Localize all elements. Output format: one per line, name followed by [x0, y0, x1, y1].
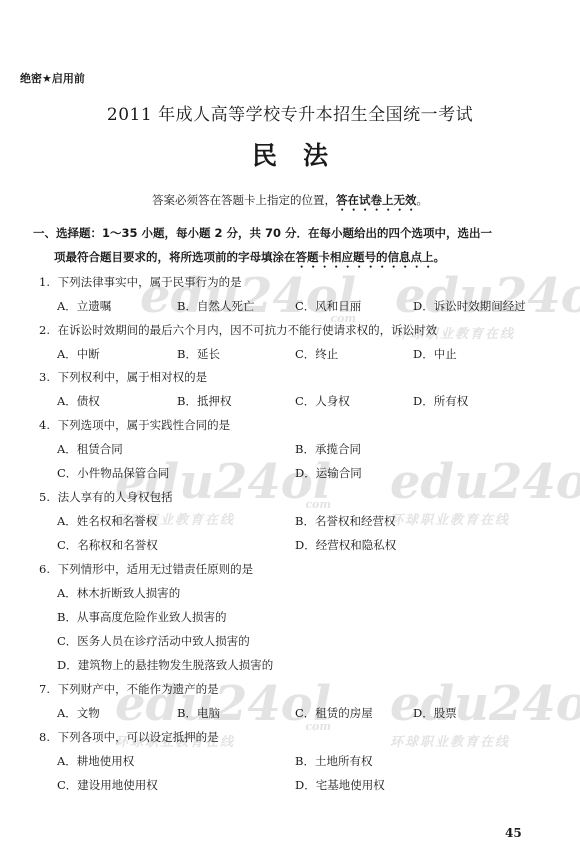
option-4a: A．租赁合同	[57, 441, 123, 457]
question-2: 2. 在诉讼时效期间的最后六个月内，因不可抗力不能行使请求权的，诉讼时效	[39, 322, 437, 338]
option-5d: D．经营权和隐私权	[295, 537, 396, 553]
watermark-text: edu24ol	[390, 454, 580, 510]
option-3b: B．抵押权	[177, 393, 231, 409]
question-number: 7.	[39, 682, 54, 696]
option-6c: C．医务人员在诊疗活动中致人损害的	[57, 633, 250, 649]
instruction-punct: 。	[434, 250, 446, 264]
question-number: 6.	[39, 562, 54, 576]
watermark-text: edu24ol	[390, 676, 580, 732]
section-instruction-line2: 项最符合题目要求的，将所选项前的字母填涂在答题卡相应题号的信息点上。	[54, 249, 445, 271]
question-4: 4. 下列选项中，属于实践性合同的是	[39, 417, 230, 433]
question-1: 1. 下列法律事实中，属于民事行为的是	[39, 274, 242, 290]
question-stem: 下列权利中，属于相对权的是	[58, 370, 208, 384]
option-6d: D．建筑物上的悬挂物发生脱落致人损害的	[57, 657, 273, 673]
section-instruction-line1: 一、选择题：1～35 小题，每小题 2 分，共 70 分．在每小题给出的四个选项…	[33, 225, 492, 241]
option-7b: B．电脑	[177, 705, 220, 721]
watermark-domain: com	[390, 720, 580, 733]
question-stem: 下列法律事实中，属于民事行为的是	[58, 275, 242, 289]
option-8d: D．宅基地使用权	[295, 777, 385, 793]
option-1d: D．诉讼时效期间经过	[413, 298, 526, 314]
subject-title: 民法	[0, 136, 580, 172]
option-5a: A．姓名权和名誉权	[57, 513, 157, 529]
watermark-slogan: 环球职业教育在线	[390, 731, 580, 750]
watermark-slogan: 环球职业教育在线	[390, 509, 580, 528]
notice-text: 答案必须答在答题卡上指定的位置，	[152, 193, 336, 207]
option-2c: C．终止	[295, 346, 338, 362]
question-number: 8.	[39, 730, 54, 744]
notice-punct: 。	[417, 193, 429, 207]
option-8a: A．耕地使用权	[57, 753, 134, 769]
option-5b: B．名誉权和经营权	[295, 513, 395, 529]
question-3: 3. 下列权利中，属于相对权的是	[39, 369, 207, 385]
exam-title: 2011 年成人高等学校专升本招生全国统一考试	[0, 100, 580, 125]
question-number: 3.	[39, 370, 54, 384]
watermark-logo: edu24ol com 环球职业教育在线	[390, 458, 580, 528]
option-3d: D．所有权	[413, 393, 468, 409]
question-stem: 下列选项中，属于实践性合同的是	[58, 418, 231, 432]
option-8b: B．土地所有权	[295, 753, 372, 769]
question-6: 6. 下列情形中，适用无过错责任原则的是	[39, 561, 253, 577]
question-stem: 下列各项中，可以设定抵押的是	[58, 730, 219, 744]
option-4c: C．小件物品保管合同	[57, 465, 169, 481]
question-number: 1.	[39, 275, 54, 289]
page-number: 45	[505, 826, 522, 840]
question-stem: 在诉讼时效期间的最后六个月内，因不可抗力不能行使请求权的，诉讼时效	[58, 323, 438, 337]
option-2a: A．中断	[57, 346, 100, 362]
question-stem: 法人享有的人身权包括	[58, 490, 173, 504]
option-6b: B．从事高度危险作业致人损害的	[57, 609, 226, 625]
option-3c: C．人身权	[295, 393, 350, 409]
notice-emphasis: 答在试卷上无效	[336, 193, 417, 207]
confidential-label: 绝密★启用前	[20, 70, 85, 86]
watermark-text: edu24ol	[395, 268, 580, 324]
option-2b: B．延长	[177, 346, 220, 362]
option-3a: A．债权	[57, 393, 100, 409]
question-stem: 下列情形中，适用无过错责任原则的是	[58, 562, 254, 576]
option-1c: C．风和日丽	[295, 298, 361, 314]
question-8: 8. 下列各项中，可以设定抵押的是	[39, 729, 219, 745]
question-number: 4.	[39, 418, 54, 432]
watermark-domain: com	[390, 498, 580, 511]
instruction-emphasis: 答题卡相应题号的信息点上	[296, 250, 434, 264]
question-number: 5.	[39, 490, 54, 504]
option-8c: C．建设用地使用权	[57, 777, 158, 793]
question-7: 7. 下列财产中，不能作为遗产的是	[39, 681, 219, 697]
option-2d: D．中止	[413, 346, 457, 362]
answer-notice: 答案必须答在答题卡上指定的位置，答在试卷上无效。	[0, 192, 580, 214]
instruction-text: 项最符合题目要求的，将所选项前的字母填涂在	[54, 250, 296, 264]
option-5c: C．名称权和名誉权	[57, 537, 158, 553]
option-1b: B．自然人死亡	[177, 298, 254, 314]
option-4b: B．承揽合同	[295, 441, 361, 457]
option-7d: D．股票	[413, 705, 457, 721]
option-7c: C．租赁的房屋	[295, 705, 373, 721]
option-1a: A．立遗嘱	[57, 298, 111, 314]
question-stem: 下列财产中，不能作为遗产的是	[58, 682, 219, 696]
option-6a: A．林木折断致人损害的	[57, 585, 180, 601]
question-number: 2.	[39, 323, 54, 337]
question-5: 5. 法人享有的人身权包括	[39, 489, 173, 505]
option-7a: A．文物	[57, 705, 100, 721]
option-4d: D．运输合同	[295, 465, 362, 481]
